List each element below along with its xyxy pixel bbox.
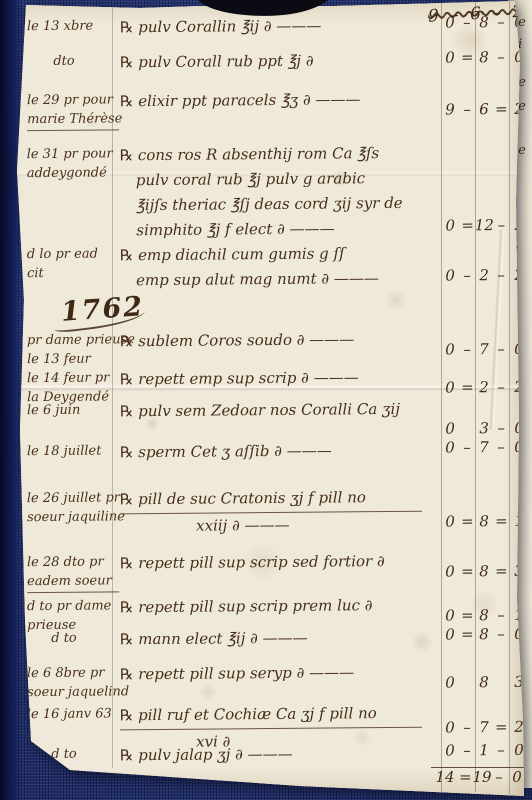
entry-date-line: eadem soeur xyxy=(27,571,119,593)
entry-date-line: le 26 juillet pr xyxy=(27,488,119,508)
amount-separator: – xyxy=(495,340,507,358)
total-amount: 14=19–0 xyxy=(431,767,532,792)
amount-deniers: 3 xyxy=(507,562,531,580)
amount-deniers: 0 xyxy=(507,625,531,643)
amount-deniers: 2 xyxy=(507,216,531,234)
amount-sous: 8 xyxy=(473,13,495,31)
total-separator: = xyxy=(459,768,471,786)
manuscript-page: 9 – 6 – 2 le 13 xbre℞ pulv Corallin ℥ij … xyxy=(0,0,532,800)
amount-separator: = xyxy=(495,512,507,530)
entry-amount: 0=12–2 xyxy=(437,216,532,239)
amount-sous: 3 xyxy=(473,419,495,437)
amount-sous: 12 xyxy=(473,216,495,234)
total-row: 14=19–0 xyxy=(25,767,522,792)
total-sous: 19 xyxy=(471,768,493,786)
entry-description: ℞ repett pill sup scrip sed fortior ∂ xyxy=(120,549,422,577)
amount-livres: 0 xyxy=(439,266,461,284)
ledger-row: d lo pr eadcit℞ emp diachil cum gumis g … xyxy=(25,240,522,294)
amount-separator: = xyxy=(461,606,473,624)
entry-description: ℞ repett pill sup seryp ∂ ——— xyxy=(120,660,422,688)
amount-separator: – xyxy=(461,741,473,759)
amount-livres: 0 xyxy=(439,741,461,759)
entry-description-line: ℞ repett pill sup seryp ∂ ——— xyxy=(120,660,422,688)
amount-sous: 8 xyxy=(473,625,495,643)
entry-date: le 16 janv 63 xyxy=(27,704,119,724)
entry-date: le 28 dto preadem soeur xyxy=(27,552,119,593)
amount-sous: 8 xyxy=(473,48,495,66)
entry-date-line: soeur jaquelind xyxy=(27,682,119,702)
entry-date: dto xyxy=(27,51,119,71)
entry-amount: 0–2–2 xyxy=(437,266,532,289)
entry-description: ℞ pulv jalap ʒj ∂ ——— xyxy=(120,741,422,769)
amount-livres: 0 xyxy=(439,216,461,234)
amount-livres: 0 xyxy=(439,378,461,396)
amount-deniers: 1 xyxy=(507,606,531,624)
amount-deniers: 3 xyxy=(507,673,531,691)
entry-description-line: ℞ pill de suc Cratonis ʒj f pill no xyxy=(120,485,422,515)
entry-description-line: simphito ℥j f elect ∂ ——— xyxy=(136,216,422,243)
amount-deniers: 1 xyxy=(507,512,531,530)
ledger-entries: le 13 xbre℞ pulv Corallin ℥ij ∂ ———0–8–0… xyxy=(25,8,522,792)
amount-separator: – xyxy=(495,266,507,284)
entry-amount: 0=8–0 xyxy=(437,48,532,71)
entry-amount: 9–6=2 xyxy=(437,100,532,123)
amount-livres: 9 xyxy=(439,100,461,118)
entry-description-line: ℞ emp diachil cum gumis g ſſ xyxy=(120,241,422,269)
entry-date-line: le 13 feur xyxy=(27,349,119,369)
entry-description: ℞ pill de suc Cratonis ʒj f pill noxxiij… xyxy=(120,485,422,540)
amount-separator: – xyxy=(495,438,507,456)
amount-sous: 2 xyxy=(473,266,495,284)
entry-date-line: d to xyxy=(27,744,119,764)
ledger-row: dto℞ pulv Corall rub ppt ℥j ∂0=8–0 xyxy=(25,47,522,76)
amount-sous: 7 xyxy=(473,438,495,456)
entry-date: d lo pr eadcit xyxy=(27,244,119,283)
entry-amount: 0=8=1 xyxy=(437,512,532,535)
entry-amount: 0–8–0 xyxy=(437,13,532,36)
entry-date: le 18 juillet xyxy=(27,441,119,461)
amount-livres: 0 xyxy=(439,419,461,437)
amount-separator: = xyxy=(461,562,473,580)
amount-separator: = xyxy=(461,378,473,396)
amount-separator: – xyxy=(495,216,507,234)
entry-date-line: addeygondé xyxy=(27,163,119,183)
ledger-row: le 29 pr pourmarie Thérèse℞ elixir ppt p… xyxy=(25,86,522,128)
entry-description-line: ℞ elixir ppt paracels ℥ʒ ∂ ——— xyxy=(120,87,422,115)
entry-description-line: ℞ cons ros R absenthij rom Ca ℥ſs xyxy=(120,141,422,169)
amount-separator: – xyxy=(495,48,507,66)
amount-livres: 0 xyxy=(439,512,461,530)
entry-description-line: ℞ sublem Coros soudo ∂ ——— xyxy=(120,327,422,355)
entry-description-line: ℞ repett emp sup scrip ∂ ——— xyxy=(120,365,422,393)
entry-description: ℞ pulv Corallin ℥ij ∂ ——— xyxy=(120,13,422,41)
entry-description-line: ℞ pulv jalap ʒj ∂ ——— xyxy=(120,741,422,769)
entry-amount: 0–7=2 xyxy=(437,718,532,741)
amount-deniers: 2 xyxy=(507,378,531,396)
amount-separator: – xyxy=(461,266,473,284)
amount-sous: 6 xyxy=(473,100,495,118)
entry-description-line: ℞ pulv Corall rub ppt ℥j ∂ xyxy=(120,48,422,76)
entry-date: le 6 8bre prsoeur jaquelind xyxy=(27,663,119,702)
entry-description: ℞ sublem Coros soudo ∂ ——— xyxy=(120,327,422,355)
amount-sous: 1 xyxy=(473,741,495,759)
amount-livres: 0 xyxy=(439,13,461,31)
amount-separator: – xyxy=(461,13,473,31)
entry-amount: 0=8–0 xyxy=(437,625,532,648)
amount-deniers: 0 xyxy=(507,13,531,31)
amount-separator: = xyxy=(461,216,473,234)
amount-deniers: 2 xyxy=(507,718,531,736)
ledger-row: le 26 juillet prsoeur jaquiline℞ pill de… xyxy=(25,484,522,540)
ledger-row: le 13 xbre℞ pulv Corallin ℥ij ∂ ———0–8–0 xyxy=(25,12,522,41)
amount-deniers: 2 xyxy=(507,100,531,118)
entry-date-line: d to pr dame xyxy=(27,596,119,616)
amount-separator: = xyxy=(461,48,473,66)
amount-livres: 0 xyxy=(439,606,461,624)
entry-description: ℞ emp diachil cum gumis g ſſemp sup alut… xyxy=(120,241,422,294)
entry-description: ℞ cons ros R absenthij rom Ca ℥ſspulv co… xyxy=(120,141,423,244)
entry-date: d to xyxy=(27,744,119,764)
amount-separator: – xyxy=(461,718,473,736)
entry-description: ℞ repett pill sup scrip prem luc ∂ xyxy=(120,593,422,621)
entry-date: d to xyxy=(27,628,119,648)
entry-amount: 0=8=3 xyxy=(437,562,532,585)
entry-description-line: ℞ repett pill sup scrip prem luc ∂ xyxy=(120,593,422,621)
amount-separator: = xyxy=(461,625,473,643)
amount-separator: – xyxy=(461,340,473,358)
entry-description-line: emp sup alut mag numt ∂ ——— xyxy=(136,266,422,293)
amount-livres: 0 xyxy=(439,340,461,358)
entry-description: ℞ mann elect ℥ij ∂ ——— xyxy=(120,625,422,653)
entry-date-line: d to xyxy=(27,628,119,648)
amount-deniers: 0 xyxy=(507,48,531,66)
entry-amount: 0–7–0 xyxy=(437,438,532,461)
year-heading: 1762 xyxy=(60,291,145,328)
entry-amount: 0–7–0 xyxy=(437,340,532,363)
entry-date: le 26 juillet prsoeur jaquiline xyxy=(27,488,119,527)
entry-description-line: ℞ pulv Corallin ℥ij ∂ ——— xyxy=(120,13,422,41)
amount-separator: – xyxy=(495,606,507,624)
ledger-row: le 18 juillet℞ sperm Cet ʒ aſſib ∂ ———0–… xyxy=(25,437,522,466)
ledger-row: le 31 pr pouraddeygondé℞ cons ros R abse… xyxy=(25,140,523,244)
entry-amount: 0 8 3 xyxy=(437,673,532,696)
entry-description: ℞ repett emp sup scrip ∂ ——— xyxy=(120,365,422,393)
entry-amount: 0–1–0 xyxy=(437,741,532,764)
amount-separator: – xyxy=(461,100,473,118)
entry-date-line: d lo pr ead xyxy=(27,244,119,264)
entry-description-line: ℞ sperm Cet ʒ aſſib ∂ ——— xyxy=(120,438,422,466)
total-deniers: 0 xyxy=(505,768,529,786)
entry-description-line: ℞ mann elect ℥ij ∂ ——— xyxy=(120,625,422,653)
amount-deniers: 2 xyxy=(507,266,531,284)
entry-date: le 13 xbre xyxy=(27,16,119,36)
entry-description: ℞ pulv Corall rub ppt ℥j ∂ xyxy=(120,48,422,76)
amount-livres: 0 xyxy=(439,48,461,66)
entry-description-line: xxiij ∂ ——— xyxy=(196,512,422,539)
amount-livres: 0 xyxy=(439,718,461,736)
amount-separator: – xyxy=(495,378,507,396)
amount-sous: 2 xyxy=(473,378,495,396)
amount-separator: = xyxy=(495,562,507,580)
amount-separator: – xyxy=(495,419,507,437)
total-livres: 14 xyxy=(431,768,459,786)
amount-sous: 8 xyxy=(473,606,495,624)
entry-date-line: le 28 dto pr xyxy=(27,552,119,572)
entry-date-line: le 14 feur pr xyxy=(27,368,119,388)
entry-date-line: le 29 pr pour xyxy=(27,90,119,110)
amount-deniers: 0 xyxy=(507,438,531,456)
entry-description-line: ℞ pulv sem Zedoar nos Coralli Ca ʒij xyxy=(120,397,422,425)
entry-description: ℞ sperm Cet ʒ aſſib ∂ ——— xyxy=(120,438,422,466)
amount-livres: 0 xyxy=(439,562,461,580)
amount-sous: 7 xyxy=(473,718,495,736)
entry-date-line: le 31 pr pour xyxy=(27,144,119,164)
amount-separator: = xyxy=(461,512,473,530)
amount-sous: 7 xyxy=(473,340,495,358)
amount-sous: 8 xyxy=(473,673,495,691)
entry-date-line: marie Thérèse xyxy=(27,109,119,131)
ledger-row: d to℞ pulv jalap ʒj ∂ ———0–1–0 xyxy=(25,740,522,769)
total-separator: – xyxy=(493,768,505,786)
entry-description: ℞ elixir ppt paracels ℥ʒ ∂ ——— xyxy=(120,87,422,115)
ledger-row: le 6 juin℞ pulv sem Zedoar nos Coralli C… xyxy=(25,396,522,425)
entry-date-line: le 18 juillet xyxy=(27,441,119,461)
year-row: 1762 xyxy=(25,294,522,328)
amount-separator: = xyxy=(495,100,507,118)
entry-date-line: le 16 janv 63 xyxy=(27,704,119,724)
amount-separator: – xyxy=(495,13,507,31)
ledger-row: le 28 dto preadem soeur℞ repett pill sup… xyxy=(25,548,522,590)
entry-description-line: ℥ijſs theriac ℥ſj deas cord ʒij syr de xyxy=(136,191,422,218)
amount-deniers: 0 xyxy=(507,340,531,358)
amount-separator: = xyxy=(495,718,507,736)
ledger-row: le 6 8bre prsoeur jaquelind℞ repett pill… xyxy=(25,659,522,701)
amount-sous: 8 xyxy=(473,562,495,580)
entry-date-line: pr dame prieuse xyxy=(27,330,119,350)
entry-date: le 29 pr pourmarie Thérèse xyxy=(27,90,119,131)
amount-sous: 8 xyxy=(473,512,495,530)
entry-date-line: cit xyxy=(27,263,119,283)
ledger-row: pr dame prieusele 13 feur℞ sublem Coros … xyxy=(25,326,522,368)
amount-deniers: 0 xyxy=(507,419,531,437)
amount-livres: 0 xyxy=(439,625,461,643)
entry-date-line: soeur jaquiline xyxy=(27,507,119,527)
entry-date-line: dto xyxy=(27,51,119,71)
entry-description: ℞ pulv sem Zedoar nos Coralli Ca ʒij xyxy=(120,397,422,425)
entry-date: le 31 pr pouraddeygondé xyxy=(27,144,119,183)
photo-of-manuscript: lejilelelell 9 – 6 – 2 le 13 xbre℞ pulv … xyxy=(0,0,532,800)
amount-livres: 0 xyxy=(439,673,461,691)
entry-date-line: le 6 juin xyxy=(27,400,119,420)
entry-date: pr dame prieusele 13 feur xyxy=(27,330,119,369)
amount-livres: 0 xyxy=(439,438,461,456)
amount-separator: – xyxy=(461,438,473,456)
entry-description-line: ℞ repett pill sup scrip sed fortior ∂ xyxy=(120,549,422,577)
amount-separator: – xyxy=(495,625,507,643)
entry-description-line: pulv coral rub ℥j pulv g arabic xyxy=(136,166,422,193)
ledger-row: d to℞ mann elect ℥ij ∂ ———0=8–0 xyxy=(25,624,522,653)
entry-description-line: ℞ pill ruf et Cochiæ Ca ʒj f pill no xyxy=(120,701,422,731)
entry-date-line: le 6 8bre pr xyxy=(27,663,119,683)
entry-date-line: le 13 xbre xyxy=(27,16,119,36)
amount-deniers: 0 xyxy=(507,741,531,759)
amount-separator: – xyxy=(495,741,507,759)
manuscript-sheet-wrapper: 9 – 6 – 2 le 13 xbre℞ pulv Corallin ℥ij … xyxy=(0,0,532,800)
entry-date: le 6 juin xyxy=(27,400,119,420)
